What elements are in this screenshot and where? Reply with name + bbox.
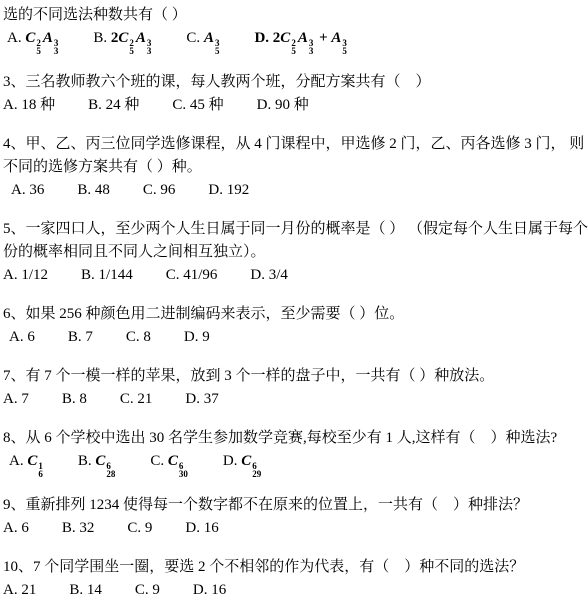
option-text: 36	[29, 182, 44, 198]
question-6: 6、如果 256 种颜色用二进制编码来表示，至少需要（ ）位。A. 6B. 7C…	[3, 303, 586, 349]
math-subscript: 3	[309, 47, 314, 55]
option-label: A.	[7, 30, 25, 46]
option-text: 21	[21, 582, 36, 598]
option-label: B.	[78, 453, 96, 469]
option-label: A.	[3, 267, 21, 283]
math-subscript: 5	[215, 47, 220, 55]
option-text: 9	[202, 329, 210, 345]
option-text: 1/144	[99, 267, 133, 283]
option-d: D. 2C25A33 + A35	[254, 27, 348, 55]
option-d: D. 90 种	[257, 94, 309, 117]
math-scripts: 25	[36, 39, 41, 55]
worksheet: 选的不同选法种数共有（ ）A. C25A33B. 2C25A33C. A35D.…	[0, 0, 588, 601]
math-variable: A	[136, 30, 146, 46]
option-label: C.	[186, 30, 204, 46]
math-subscript: 3	[147, 47, 152, 55]
math-variable: A	[204, 30, 214, 46]
math-subscript: 29	[252, 470, 261, 478]
math-subscript: 30	[179, 470, 188, 478]
math-scripts: 628	[106, 462, 115, 478]
math-scripts: 35	[215, 39, 220, 55]
options-row: A. 6B. 7C. 8D. 9	[3, 326, 586, 349]
option-d: D. C629	[223, 450, 263, 478]
math-term: C16	[27, 453, 45, 469]
question-stem-line: 不同的选修方案共有（ ）种。	[3, 156, 586, 179]
options-row: A. 7B. 8C. 21D. 37	[3, 388, 586, 411]
option-a: A. 7	[3, 388, 29, 411]
option-b: B. 32	[62, 517, 95, 540]
option-text: 48	[95, 182, 110, 198]
option-c: C. 8	[126, 326, 151, 349]
math-term: A35	[204, 30, 222, 46]
option-text: 45 种	[190, 97, 224, 113]
option-text: 7	[21, 391, 29, 407]
math-variable: A	[43, 30, 53, 46]
option-b: B. 14	[69, 579, 102, 601]
option-label: C.	[143, 182, 161, 198]
option-c: C. A35	[186, 27, 221, 55]
math-text: +	[315, 30, 331, 46]
option-text: 21	[137, 391, 152, 407]
math-scripts: 33	[309, 39, 314, 55]
option-label: B.	[77, 182, 95, 198]
question-8: 8、从 6 个学校中选出 30 名学生参加数学竞赛,每校至少有 1 人,这样有（…	[3, 427, 586, 478]
question-stem-line: 3、三名教师教六个班的课，每人教两个班，分配方案共有（ ）	[3, 71, 586, 94]
math-scripts: 25	[291, 39, 296, 55]
option-label: A.	[9, 453, 27, 469]
option-b: B. 7	[68, 326, 93, 349]
option-label: B.	[68, 329, 86, 345]
option-text: 192	[227, 182, 250, 198]
option-b: B. C628	[78, 450, 118, 478]
math-variable: C	[95, 453, 105, 469]
option-label: C.	[126, 329, 144, 345]
math-subscript: 5	[291, 47, 296, 55]
math-subscript: 3	[54, 47, 59, 55]
question-10: 10、7 个同学围坐一圈，要选 2 个不相邻的作为代表，有（ ）种不同的选法？A…	[3, 556, 586, 601]
question-4: 4、甲、乙、丙三位同学选修课程，从 4 门课程中，甲选修 2 门，乙、丙各选修 …	[3, 133, 586, 202]
option-text: 14	[87, 582, 102, 598]
option-label: A.	[3, 520, 21, 536]
option-label: A.	[9, 329, 27, 345]
option-label: B.	[81, 267, 99, 283]
option-a: A. 21	[3, 579, 36, 601]
math-variable: C	[27, 453, 37, 469]
option-d: D. 37	[185, 388, 218, 411]
option-text: 18 种	[21, 97, 55, 113]
options-row: A. 21B. 14C. 9D. 16	[3, 579, 586, 601]
question-stem-line: 7、有 7 个一模一样的苹果，放到 3 个一样的盘子中，一共有（ ）种放法。	[3, 365, 586, 388]
question-2-continuation: 选的不同选法种数共有（ ）A. C25A33B. 2C25A33C. A35D.…	[3, 4, 586, 55]
option-d: D. 16	[193, 579, 226, 601]
option-math-expression: C629	[241, 453, 263, 469]
option-text: 6	[27, 329, 35, 345]
option-label: A.	[3, 582, 21, 598]
option-label: A.	[3, 391, 21, 407]
question-stem-line: 4、甲、乙、丙三位同学选修课程，从 4 门课程中，甲选修 2 门，乙、丙各选修 …	[3, 133, 586, 156]
option-c: C. 21	[120, 388, 153, 411]
option-a: A. 18 种	[3, 94, 55, 117]
option-math-expression: C628	[95, 453, 117, 469]
option-b: B. 24 种	[88, 94, 139, 117]
question-stem-line: 8、从 6 个学校中选出 30 名学生参加数学竞赛,每校至少有 1 人,这样有（…	[3, 427, 586, 450]
question-7: 7、有 7 个一模一样的苹果，放到 3 个一样的盘子中，一共有（ ）种放法。A.…	[3, 365, 586, 411]
option-label: C.	[150, 453, 168, 469]
option-label: B.	[62, 391, 80, 407]
option-label: D.	[223, 453, 241, 469]
option-label: D.	[250, 267, 268, 283]
option-math-expression: C16	[27, 453, 45, 469]
option-a: A. C25A33	[7, 27, 60, 55]
option-math-expression: 2C25A33 + A35	[273, 30, 349, 46]
option-text: 16	[211, 582, 226, 598]
math-scripts: 35	[342, 39, 347, 55]
question-stem-line: 份的概率相同且不同人之间相互独立）。	[3, 241, 586, 264]
option-c: C. C630	[150, 450, 190, 478]
math-term: A33	[43, 30, 61, 46]
option-text: 9	[152, 582, 160, 598]
math-scripts: 25	[129, 39, 134, 55]
option-label: B.	[69, 582, 87, 598]
math-scripts: 16	[38, 462, 43, 478]
option-a: A. 6	[3, 517, 29, 540]
math-variable: C	[241, 453, 251, 469]
question-3: 3、三名教师教六个班的课，每人教两个班，分配方案共有（ ）A. 18 种B. 2…	[3, 71, 586, 117]
option-c: C. 45 种	[172, 94, 223, 117]
options-row: A. C16B. C628C. C630D. C629	[3, 450, 586, 478]
math-term: C25	[118, 30, 136, 46]
option-label: D.	[257, 97, 275, 113]
option-text: 96	[160, 182, 175, 198]
option-a: A. C16	[9, 450, 45, 478]
math-subscript: 5	[129, 47, 134, 55]
option-c: C. 9	[135, 579, 160, 601]
option-text: 8	[143, 329, 151, 345]
math-variable: A	[331, 30, 341, 46]
options-row: A. 1/12B. 1/144C. 41/96D. 3/4	[3, 264, 586, 287]
option-label: A.	[3, 97, 21, 113]
option-b: B. 1/144	[81, 264, 133, 287]
math-variable: C	[168, 453, 178, 469]
option-d: D. 16	[185, 517, 218, 540]
math-term: C25	[280, 30, 298, 46]
question-9: 9、重新排列 1234 使得每一个数字都不在原来的位置上，一共有（ ）种排法？A…	[3, 494, 586, 540]
option-label: D.	[185, 391, 203, 407]
option-a: A. 6	[9, 326, 35, 349]
option-b: B. 2C25A33	[93, 27, 153, 55]
option-label: D.	[184, 329, 202, 345]
math-variable: C	[25, 30, 35, 46]
option-math-expression: A35	[204, 30, 222, 46]
option-text: 6	[21, 520, 29, 536]
option-math-expression: 2C25A33	[111, 30, 154, 46]
math-subscript: 28	[106, 470, 115, 478]
option-text: 16	[204, 520, 219, 536]
option-label: C.	[172, 97, 190, 113]
math-subscript: 6	[38, 470, 43, 478]
option-c: C. 96	[143, 179, 176, 202]
option-text: 90 种	[275, 97, 309, 113]
math-subscript: 5	[36, 47, 41, 55]
option-label: B.	[93, 30, 111, 46]
option-text: 8	[79, 391, 87, 407]
option-text: 9	[145, 520, 153, 536]
option-text: 24 种	[106, 97, 140, 113]
math-term: A33	[136, 30, 154, 46]
option-b: B. 48	[77, 179, 110, 202]
question-stem-line: 5、一家四口人，至少两个人生日属于同一月份的概率是（ ） （假定每个人生日属于每…	[3, 218, 586, 241]
option-text: 41/96	[183, 267, 217, 283]
math-variable: C	[118, 30, 128, 46]
option-label: C.	[127, 520, 145, 536]
option-label: C.	[166, 267, 184, 283]
options-row: A. 6B. 32C. 9D. 16	[3, 517, 586, 540]
math-scripts: 33	[54, 39, 59, 55]
option-label: A.	[11, 182, 29, 198]
option-label: C.	[135, 582, 153, 598]
option-label: D.	[254, 30, 272, 46]
option-a: A. 1/12	[3, 264, 48, 287]
option-text: 1/12	[21, 267, 48, 283]
math-scripts: 630	[179, 462, 188, 478]
math-term: A35	[331, 30, 349, 46]
math-term: C25	[25, 30, 43, 46]
math-term: C630	[168, 453, 190, 469]
option-math-expression: C630	[168, 453, 190, 469]
option-c: C. 41/96	[166, 264, 218, 287]
option-text: 7	[85, 329, 93, 345]
options-row: A. C25A33B. 2C25A33C. A35D. 2C25A33 + A3…	[3, 27, 586, 55]
option-label: C.	[120, 391, 138, 407]
option-c: C. 9	[127, 517, 152, 540]
question-stem-line: 9、重新排列 1234 使得每一个数字都不在原来的位置上，一共有（ ）种排法？	[3, 494, 586, 517]
option-label: D.	[185, 520, 203, 536]
option-d: D. 9	[184, 326, 210, 349]
question-stem-line: 6、如果 256 种颜色用二进制编码来表示，至少需要（ ）位。	[3, 303, 586, 326]
option-math-expression: C25A33	[25, 30, 60, 46]
option-b: B. 8	[62, 388, 87, 411]
question-5: 5、一家四口人，至少两个人生日属于同一月份的概率是（ ） （假定每个人生日属于每…	[3, 218, 586, 287]
option-text: 32	[79, 520, 94, 536]
option-label: B.	[62, 520, 80, 536]
math-subscript: 5	[342, 47, 347, 55]
option-a: A. 36	[11, 179, 44, 202]
question-stem-line: 10、7 个同学围坐一圈，要选 2 个不相邻的作为代表，有（ ）种不同的选法？	[3, 556, 586, 579]
option-label: D.	[208, 182, 226, 198]
options-row: A. 36B. 48C. 96D. 192	[3, 179, 586, 202]
question-stem-line: 选的不同选法种数共有（ ）	[3, 4, 586, 27]
option-d: D. 3/4	[250, 264, 288, 287]
math-scripts: 629	[252, 462, 261, 478]
option-label: B.	[88, 97, 106, 113]
math-term: C628	[95, 453, 117, 469]
math-term: C629	[241, 453, 263, 469]
math-variable: C	[280, 30, 290, 46]
math-variable: A	[298, 30, 308, 46]
option-d: D. 192	[208, 179, 249, 202]
option-text: 37	[204, 391, 219, 407]
math-scripts: 33	[147, 39, 152, 55]
option-label: D.	[193, 582, 211, 598]
options-row: A. 18 种B. 24 种C. 45 种D. 90 种	[3, 94, 586, 117]
math-term: A33	[298, 30, 316, 46]
option-text: 3/4	[269, 267, 288, 283]
